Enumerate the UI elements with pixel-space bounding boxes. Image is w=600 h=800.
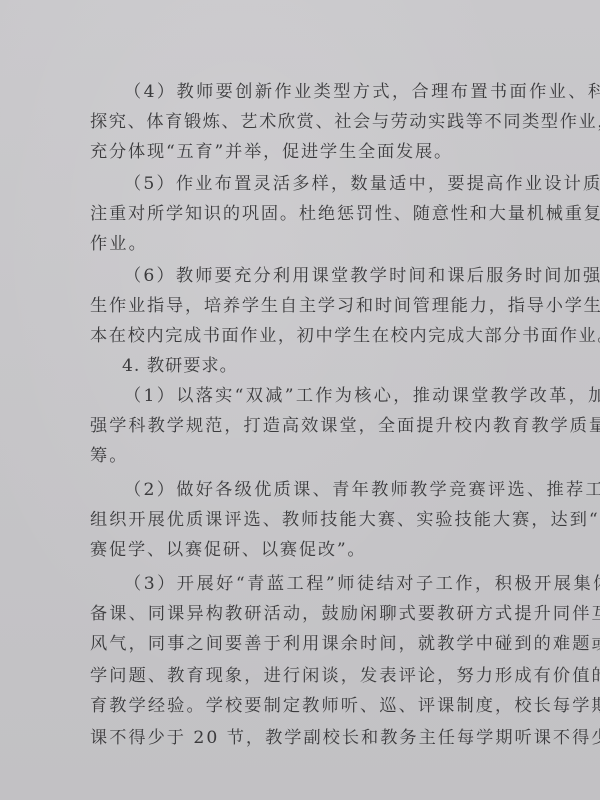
paragraph-4-line-3: 充分体现“五育”并举，促进学生全面发展。 [90, 141, 453, 163]
paragraph-4-line-1: （4）教师要创新作业类型方式，合理布置书面作业、科学 [124, 81, 600, 103]
paragraph-4-line-2: 探究、体育锻炼、艺术欣赏、社会与劳动实践等不同类型作业， [90, 111, 600, 133]
paragraph-6-line-1: （6）教师要充分利用课堂教学时间和课后服务时间加强学 [124, 265, 600, 287]
paragraph-6-line-3: 本在校内完成书面作业，初中学生在校内完成大部分书面作业。 [90, 325, 600, 347]
research-item-1-line-2: 强学科教学规范，打造高效课堂，全面提升校内教育教学质量统 [90, 415, 600, 437]
research-item-3-line-2: 备课、同课异构教研活动，鼓励闲聊式要教研方式提升同伴互助 [90, 603, 600, 625]
research-item-3-line-3: 风气，同事之间要善于利用课余时间，就教学中碰到的难题或教 [90, 633, 600, 655]
research-item-1-line-3: 筹。 [90, 445, 129, 467]
research-item-3-line-1: （3）开展好“青蓝工程”师徒结对子工作，积极开展集体 [124, 573, 600, 595]
research-item-1-line-1: （1）以落实“双减”工作为核心，推动课堂教学改革，加 [124, 385, 600, 407]
paragraph-5-line-2: 注重对所学知识的巩固。杜绝惩罚性、随意性和大量机械重复的 [90, 203, 600, 225]
research-item-2-line-1: （2）做好各级优质课、青年教师教学竞赛评选、推荐工作， [124, 479, 600, 501]
research-item-3-line-4: 学问题、教育现象，进行闲谈，发表评论，努力形成有价值的教 [90, 665, 600, 687]
research-item-3-line-6: 课不得少于 20 节，教学副校长和教务主任每学期听课不得少于 [90, 727, 600, 749]
paragraph-5-line-3: 作业。 [90, 233, 148, 255]
paragraph-5-line-1: （5）作业布置灵活多样，数量适中，要提高作业设计质量， [124, 173, 600, 195]
research-item-2-line-3: 赛促学、以赛促研、以赛促改”。 [90, 539, 366, 561]
document-page: （4）教师要创新作业类型方式，合理布置书面作业、科学 探究、体育锻炼、艺术欣赏、… [0, 0, 600, 800]
section-heading-teaching-research: 4. 教研要求。 [122, 355, 238, 377]
paragraph-6-line-2: 生作业指导，培养学生自主学习和时间管理能力，指导小学生基 [90, 295, 600, 317]
research-item-3-line-5: 育教学经验。学校要制定教师听、巡、评课制度，校长每学期听 [90, 695, 600, 717]
research-item-2-line-2: 组织开展优质课评选、教师技能大赛、实验技能大赛，达到“以 [90, 509, 600, 531]
